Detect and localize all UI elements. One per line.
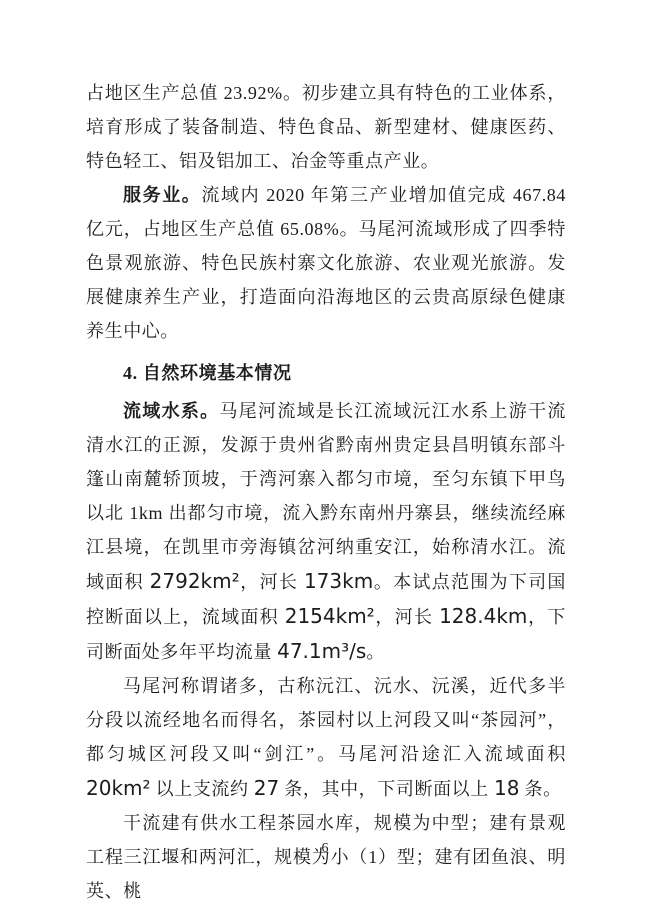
paragraph: 服务业。流域内 2020 年第三产业增加值完成 467.84 亿元，占地区生产总… [86, 178, 566, 348]
paragraph: 干流建有供水工程茶园水库，规模为中型；建有景观工程三江堰和两河汇，规模为小（1）… [86, 806, 566, 908]
numeric-run: 27 [254, 776, 279, 800]
document-page: 占地区生产总值 23.92%。初步建立具有特色的工业体系，培育形成了装备制造、特… [0, 0, 650, 919]
text-run: 条，其中，下司断面以上 [279, 779, 494, 799]
text-run: 。 [366, 642, 385, 662]
text-run: 条。 [519, 779, 561, 799]
paragraph: 占地区生产总值 23.92%。初步建立具有特色的工业体系，培育形成了装备制造、特… [86, 76, 566, 178]
text-run: ，河长 [375, 607, 439, 627]
section-heading: 4. 自然环境基本情况 [86, 356, 566, 390]
bold-lead-run: 流域水系。 [123, 401, 219, 421]
page-number: 6 [0, 841, 650, 857]
numeric-run: 2792km² [150, 569, 240, 593]
bold-lead-run: 4. 自然环境基本情况 [123, 363, 292, 383]
numeric-run: 18 [494, 776, 519, 800]
numeric-run: 20km² [86, 776, 151, 800]
bold-lead-run: 服务业。 [123, 185, 201, 205]
text-run: ，河长 [240, 572, 304, 592]
numeric-run: 173km [304, 569, 373, 593]
numeric-run: 2154km² [285, 604, 375, 628]
document-body: 占地区生产总值 23.92%。初步建立具有特色的工业体系，培育形成了装备制造、特… [86, 76, 566, 908]
text-run: 干流建有供水工程茶园水库，规模为中型；建有景观工程三江堰和两河汇，规模为小（1）… [86, 813, 566, 901]
numeric-run: 128.4km [439, 604, 527, 628]
text-run: 以上支流约 [151, 779, 254, 799]
paragraph: 马尾河称谓诸多，古称沅江、沅水、沅溪，近代多半分段以流经地名而得名，茶园村以上河… [86, 669, 566, 806]
paragraph: 流域水系。马尾河流域是长江流域沅江水系上游干流清水江的正源，发源于贵州省黔南州贵… [86, 394, 566, 669]
text-run: 占地区生产总值 23.92%。初步建立具有特色的工业体系，培育形成了装备制造、特… [86, 83, 566, 171]
text-run: 马尾河称谓诸多，古称沅江、沅水、沅溪，近代多半分段以流经地名而得名，茶园村以上河… [86, 676, 566, 764]
numeric-run: 47.1m³/s [277, 639, 366, 663]
text-run: 马尾河流域是长江流域沅江水系上游干流清水江的正源，发源于贵州省黔南州贵定县昌明镇… [86, 401, 566, 592]
text-run: 流域内 2020 年第三产业增加值完成 467.84 亿元，占地区生产总值 65… [86, 185, 566, 341]
